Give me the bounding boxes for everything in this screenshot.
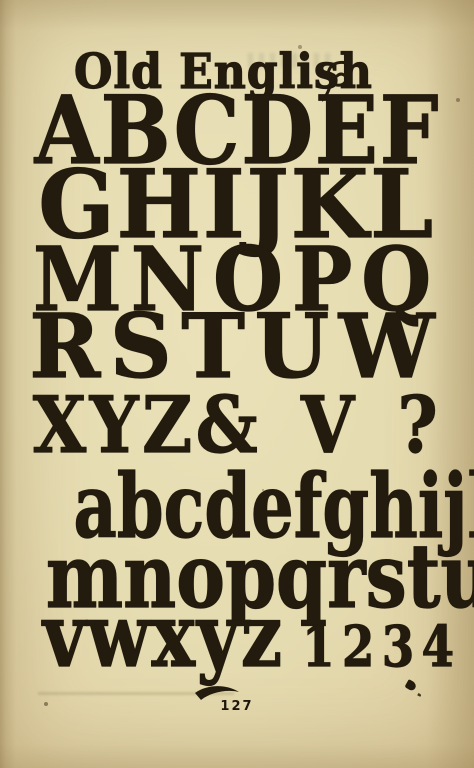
page-bottom-shadow: [0, 744, 474, 768]
lower-v-z-text: vwxyz: [43, 583, 284, 687]
specimen-row-caps-r-w: RSTUW: [0, 302, 474, 390]
ink-blot-period: .: [404, 679, 417, 692]
page-number: 127: [0, 699, 474, 714]
caps-r-w-text: RSTUW: [30, 302, 445, 390]
numerals-text: 1234: [302, 614, 461, 680]
scanned-book-page: Old English ABCDEF GHIJKL MNOPQ RSTUW XY…: [0, 0, 474, 768]
page-top-shadow: [0, 0, 474, 30]
ink-specks: [0, 0, 2, 2]
specimen-row-lower-v-z-numerals: vwxyz1234: [0, 591, 474, 679]
